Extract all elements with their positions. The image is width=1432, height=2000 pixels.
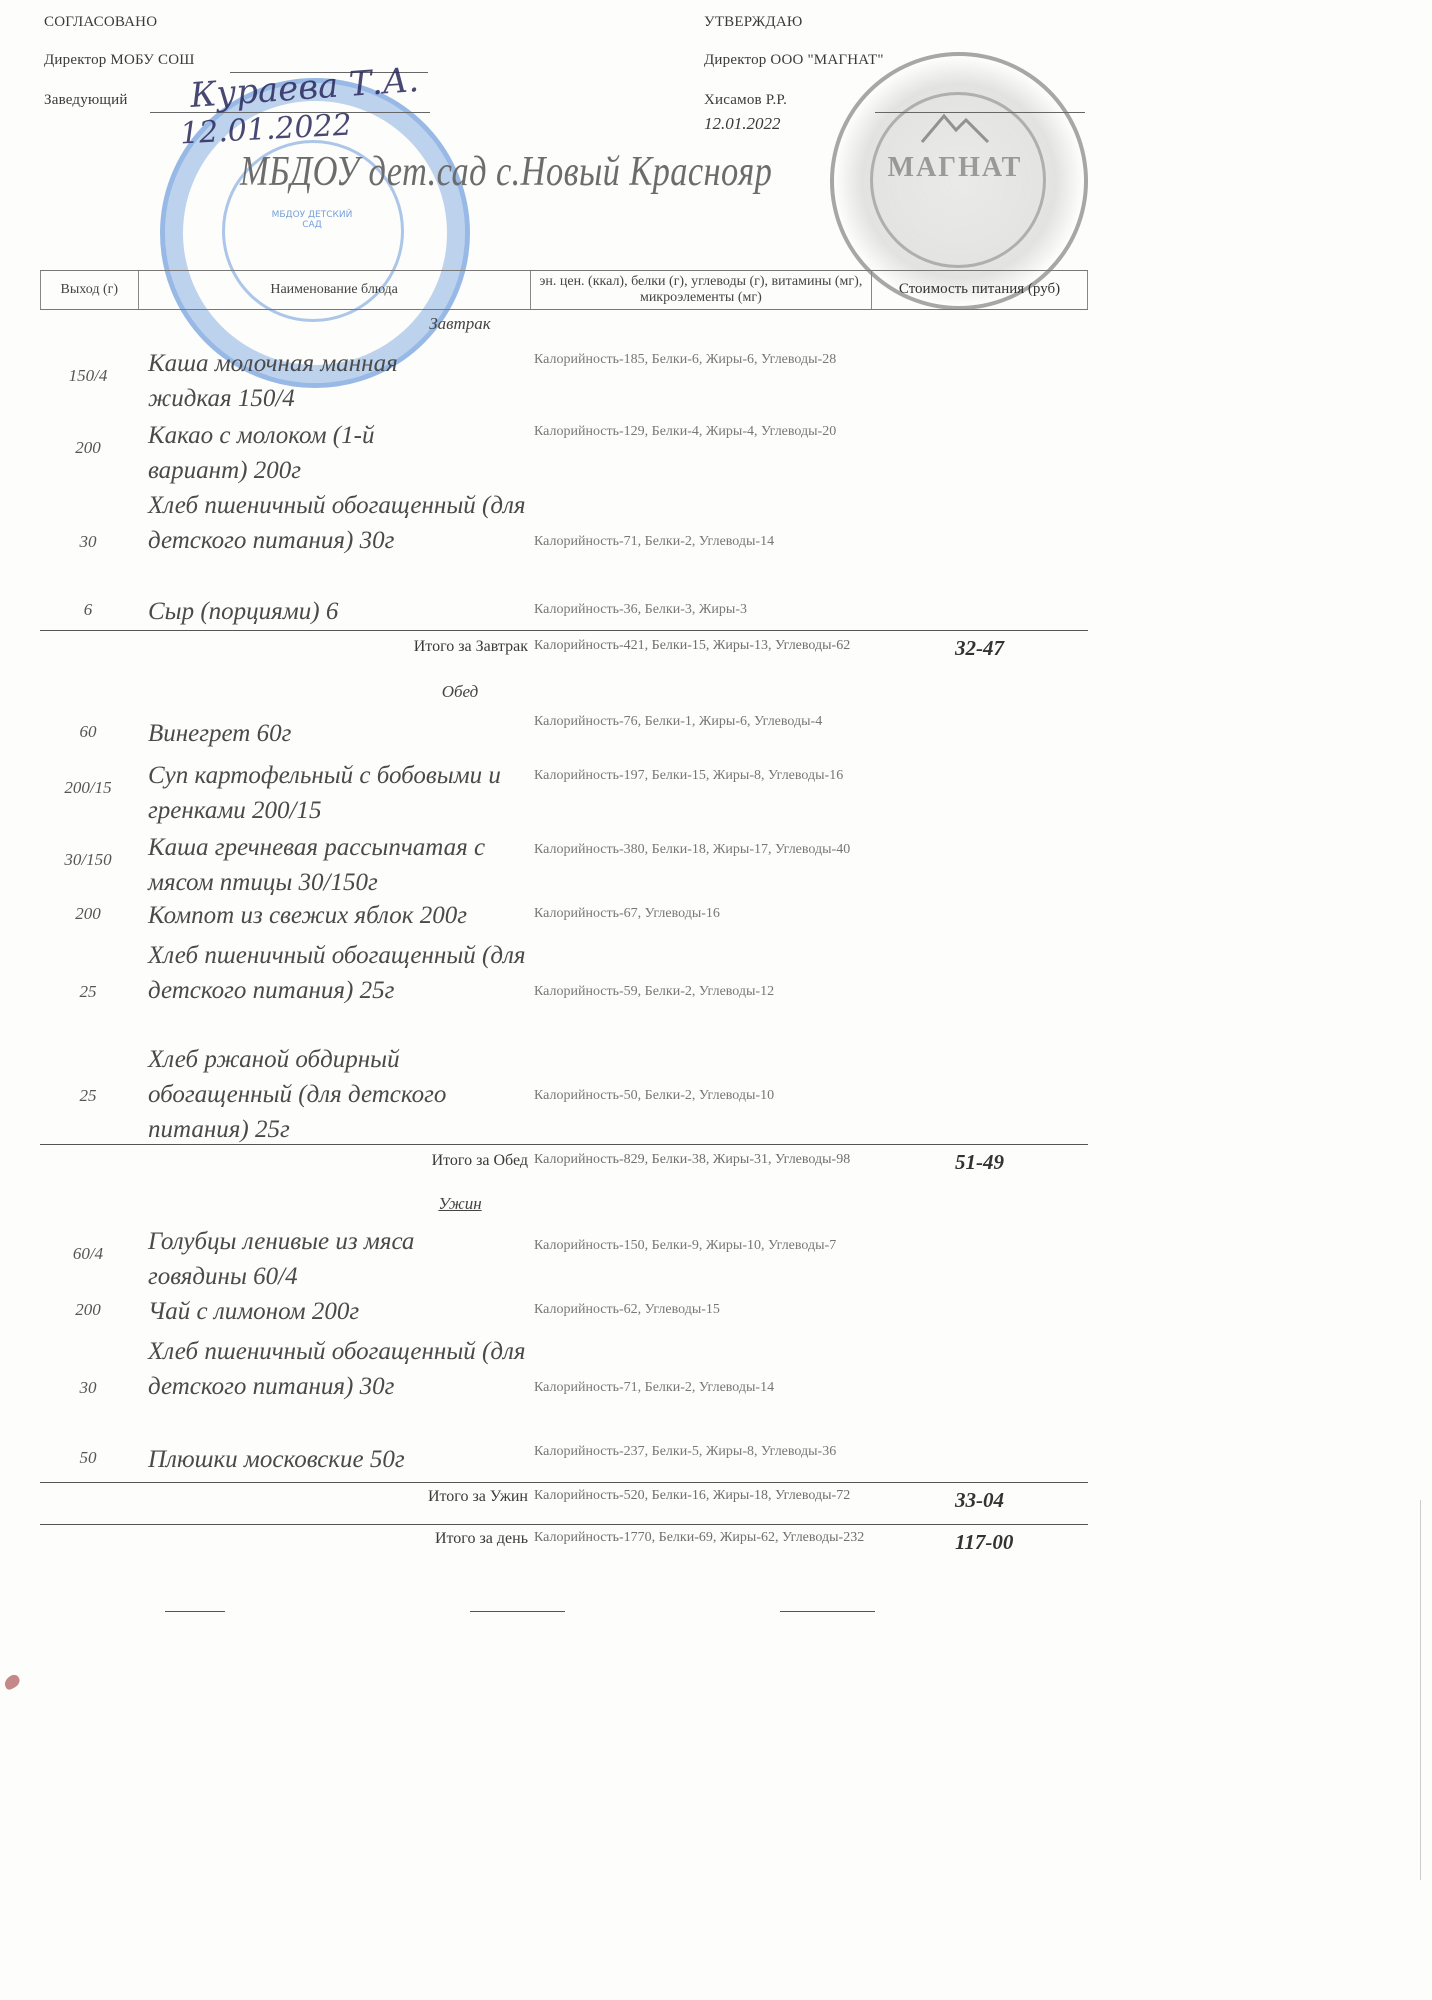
item-nutrition: Калорийность-185, Белки-6, Жиры-6, Углев… bbox=[534, 350, 874, 369]
document-title: МБДОУ дет.сад с.Новый Краснояр bbox=[240, 148, 772, 196]
item-output: 200 bbox=[40, 1300, 136, 1320]
item-output: 60/4 bbox=[40, 1244, 136, 1264]
footer-signature-line bbox=[780, 1611, 875, 1612]
item-output: 30 bbox=[40, 1378, 136, 1398]
item-output: 25 bbox=[40, 1086, 136, 1106]
item-name: Каша молочная манная жидкая 150/4 bbox=[148, 346, 478, 416]
item-nutrition: Калорийность-59, Белки-2, Углеводы-12 bbox=[534, 982, 874, 1001]
day-total-cost: 117-00 bbox=[955, 1530, 1013, 1555]
item-nutrition: Калорийность-50, Белки-2, Углеводы-10 bbox=[534, 1086, 874, 1105]
item-name: Плюшки московские 50г bbox=[148, 1442, 568, 1477]
section-divider bbox=[40, 1144, 1088, 1145]
item-name: Сыр (порциями) 6 bbox=[148, 594, 568, 629]
day-total-nutrition: Калорийность-1770, Белки-69, Жиры-62, Уг… bbox=[534, 1528, 874, 1547]
column-header-dish-name: Наименование блюда bbox=[138, 271, 530, 309]
day-total-divider bbox=[40, 1524, 1088, 1525]
item-name: Хлеб пшеничный обогащенный (для детского… bbox=[148, 1334, 528, 1404]
footer-signature-line bbox=[165, 1611, 225, 1612]
approval-right-signer: Хисамов Р.Р. bbox=[704, 92, 787, 109]
item-nutrition: Калорийность-197, Белки-15, Жиры-8, Угле… bbox=[534, 766, 874, 785]
total-label: Итого за Обед bbox=[432, 1152, 528, 1170]
item-output: 150/4 bbox=[40, 366, 136, 386]
item-name: Каша гречневая рассыпчатая с мясом птицы… bbox=[148, 830, 538, 900]
item-output: 30/150 bbox=[40, 850, 136, 870]
company-stamp-logo-text: МАГНАТ bbox=[880, 152, 1030, 184]
menu-table-header: Выход (г) Наименование блюда эн. цен. (к… bbox=[40, 270, 1088, 310]
approval-right-position: Директор ООО "МАГНАТ" bbox=[704, 52, 884, 69]
item-nutrition: Калорийность-76, Белки-1, Жиры-6, Углево… bbox=[534, 712, 874, 731]
item-output: 200 bbox=[40, 438, 136, 458]
section-label-dinner: Ужин bbox=[360, 1194, 560, 1214]
section-divider bbox=[40, 630, 1088, 631]
item-nutrition: Калорийность-129, Белки-4, Жиры-4, Углев… bbox=[534, 422, 874, 441]
item-nutrition: Калорийность-150, Белки-9, Жиры-10, Угле… bbox=[534, 1236, 874, 1255]
item-nutrition: Калорийность-67, Углеводы-16 bbox=[534, 904, 874, 923]
section-label-breakfast: Завтрак bbox=[360, 314, 560, 334]
column-header-cost: Стоимость питания (руб) bbox=[871, 271, 1088, 309]
scan-ink-mark bbox=[2, 1673, 22, 1691]
section-divider bbox=[40, 1482, 1088, 1483]
item-nutrition: Калорийность-71, Белки-2, Углеводы-14 bbox=[534, 1378, 874, 1397]
company-stamp-logo: МАГНАТ bbox=[880, 110, 1030, 184]
total-nutrition: Калорийность-520, Белки-16, Жиры-18, Угл… bbox=[534, 1486, 874, 1505]
column-header-nutrition: эн. цен. (ккал), белки (г), углеводы (г)… bbox=[530, 271, 871, 309]
item-name: Хлеб пшеничный обогащенный (для детского… bbox=[148, 488, 528, 558]
item-name: Хлеб ржаной обдирный обогащенный (для де… bbox=[148, 1042, 528, 1147]
item-output: 200/15 bbox=[40, 778, 136, 798]
signature-line bbox=[875, 112, 1085, 113]
total-label: Итого за Завтрак bbox=[414, 638, 528, 656]
total-nutrition: Калорийность-829, Белки-38, Жиры-31, Угл… bbox=[534, 1150, 874, 1169]
item-name: Суп картофельный с бобовыми и гренками 2… bbox=[148, 758, 528, 828]
item-output: 50 bbox=[40, 1448, 136, 1468]
item-output: 60 bbox=[40, 722, 136, 742]
item-name: Чай с лимоном 200г bbox=[148, 1294, 568, 1329]
approval-left-role: Заведующий bbox=[44, 92, 128, 109]
item-output: 200 bbox=[40, 904, 136, 924]
approval-right-date: 12.01.2022 bbox=[704, 114, 781, 134]
mountain-logo-icon bbox=[920, 110, 990, 144]
item-nutrition: Калорийность-62, Углеводы-15 bbox=[534, 1300, 874, 1319]
approval-left-heading: СОГЛАСОВАНО bbox=[44, 14, 157, 31]
item-name: Какао с молоком (1-й вариант) 200г bbox=[148, 418, 468, 488]
item-output: 30 bbox=[40, 532, 136, 552]
total-cost: 32-47 bbox=[955, 636, 1004, 661]
organization-stamp-blue-text: МБДОУ ДЕТСКИЙ САД bbox=[262, 210, 362, 230]
column-header-output: Выход (г) bbox=[40, 271, 138, 309]
item-nutrition: Калорийность-237, Белки-5, Жиры-8, Углев… bbox=[534, 1442, 874, 1461]
approval-right-heading: УТВЕРЖДАЮ bbox=[704, 14, 803, 31]
item-nutrition: Калорийность-380, Белки-18, Жиры-17, Угл… bbox=[534, 840, 874, 859]
item-name: Компот из свежих яблок 200г bbox=[148, 898, 548, 933]
total-cost: 51-49 bbox=[955, 1150, 1004, 1175]
item-nutrition: Калорийность-36, Белки-3, Жиры-3 bbox=[534, 600, 874, 619]
approval-left-position: Директор МОБУ СОШ bbox=[44, 52, 195, 69]
total-nutrition: Калорийность-421, Белки-15, Жиры-13, Угл… bbox=[534, 636, 874, 655]
scan-edge-line bbox=[1420, 1500, 1421, 1880]
footer-signature-line bbox=[470, 1611, 565, 1612]
item-nutrition: Калорийность-71, Белки-2, Углеводы-14 bbox=[534, 532, 874, 551]
item-output: 25 bbox=[40, 982, 136, 1002]
section-label-lunch: Обед bbox=[360, 682, 560, 702]
item-name: Хлеб пшеничный обогащенный (для детского… bbox=[148, 938, 528, 1008]
item-name: Винегрет 60г bbox=[148, 716, 568, 751]
item-name: Голубцы ленивые из мяса говядины 60/4 bbox=[148, 1224, 488, 1294]
item-output: 6 bbox=[40, 600, 136, 620]
total-label: Итого за Ужин bbox=[428, 1488, 528, 1506]
day-total-label: Итого за день bbox=[435, 1530, 528, 1548]
total-cost: 33-04 bbox=[955, 1488, 1004, 1513]
